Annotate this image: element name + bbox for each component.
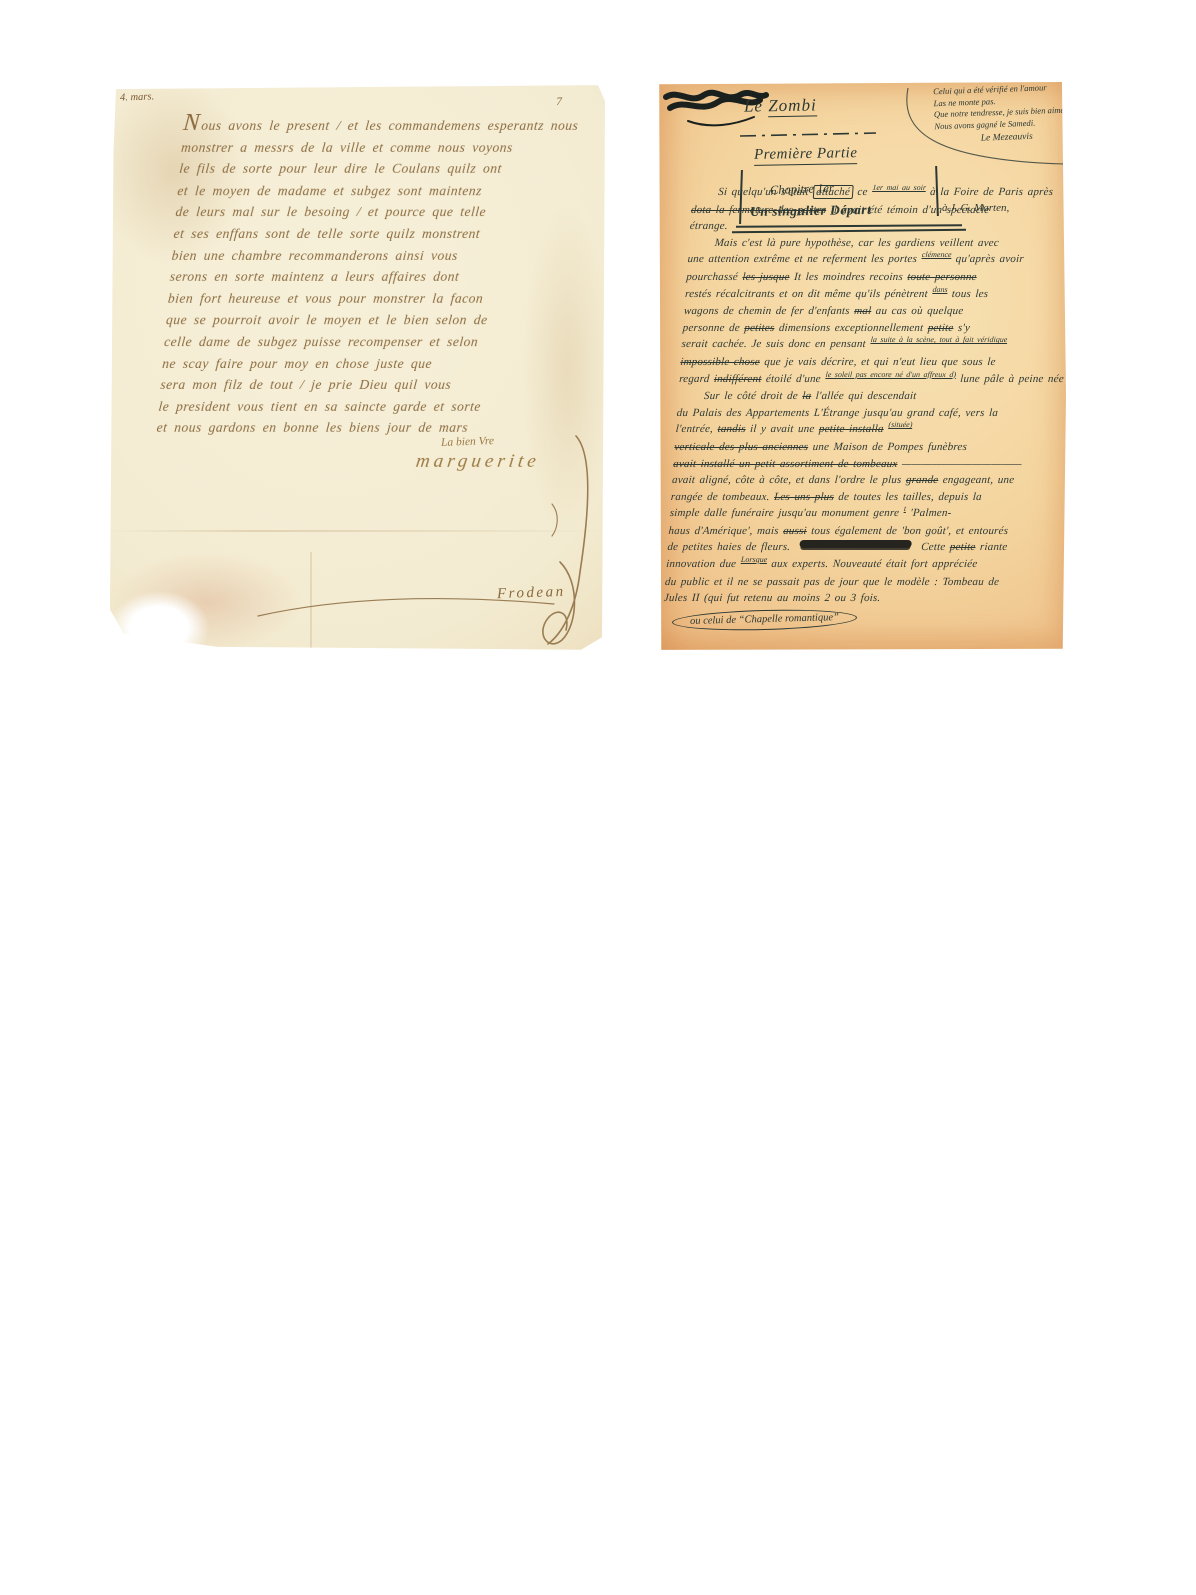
title-main-underlined: Zombi (768, 95, 817, 117)
manuscript-line: haus d'Amérique', mais aussi tous égalem… (668, 523, 1045, 540)
manuscript-line: et ses enffans sont de telle sorte quilz… (173, 223, 605, 245)
manuscript-line: serait cachée. Je suis donc en pensant l… (681, 336, 1058, 354)
manuscript-line: celle dame de subgez puisse recompenser … (163, 331, 595, 353)
manuscript-paragraph: Si quelqu'un s'était attaché ce 1er mai … (689, 184, 1069, 235)
manuscript-line: étrange. (689, 218, 1066, 235)
title-prefix: Le (744, 96, 769, 115)
manuscript-line: simple dalle funéraire jusqu'au monument… (669, 505, 1046, 523)
manuscript-line: verticale des plus anciennes une Maison … (674, 439, 1051, 456)
manuscript-line: Si quelqu'un s'était attaché ce 1er mai … (692, 184, 1069, 202)
circled-marginal-note: ou celui de “Chapelle romantique” (672, 608, 857, 633)
manuscript-line: du Palais des Appartements L'Étrange jus… (676, 405, 1053, 422)
manuscript-paragraph: Sur le côté droit de la l'allée qui desc… (663, 388, 1054, 607)
manuscript-line: impossible chose que je vais décrire, et… (680, 354, 1057, 371)
paper-crease (108, 530, 606, 532)
manuscript-line: Sur le côté droit de la l'allée qui desc… (677, 388, 1054, 405)
manuscript-line: que se pourroit avoir le moyen et le bie… (165, 309, 597, 331)
manuscript-line: une attention extrême et ne referment le… (687, 251, 1064, 269)
right-body-text: Si quelqu'un s'était attaché ce 1er mai … (663, 184, 1069, 607)
manuscript-line: wagons de chemin de fer d'enfants mal au… (683, 303, 1060, 320)
manuscript-line: serons en sorte maintenz a leurs affaire… (169, 266, 601, 288)
countersignature-secretary: Frodean (497, 584, 566, 603)
page-number: 7 (556, 96, 562, 108)
manuscript-line: du public et il ne se passait pas de jou… (664, 574, 1041, 591)
corner-note-signature: Le Mezeauvis (981, 131, 1065, 146)
dash-separator (738, 130, 878, 140)
corner-note: Celui qui a été vérifié en l'amourLas ne… (933, 82, 1065, 147)
signature-marguerite: marguerite (415, 451, 542, 473)
manuscript-line: bien une chambre recommanderons ainsi vo… (171, 245, 603, 267)
date-annotation: 4. mars. (120, 91, 155, 103)
closing-formula: La bien Vre (441, 435, 494, 449)
paper-corner-damage (94, 580, 224, 676)
manuscript-line: innovation due Lorsque aux experts. Nouv… (666, 556, 1043, 574)
manuscript-line: rangée de tombeaux. Les uns plus de tout… (670, 489, 1047, 506)
manuscript-line: dota la fermeture des portes il avait ét… (690, 202, 1067, 219)
manuscript-line: restés récalcitrants et on dit même qu'i… (684, 286, 1061, 304)
manuscript-line: le fils de sorte pour leur dire le Coula… (178, 158, 610, 180)
manuscript-line: Nous avons le present / et les commandem… (182, 112, 614, 137)
manuscript-line: personne de petites dimensions exception… (682, 320, 1059, 337)
manuscript-line: monstrer a messrs de la ville et comme n… (180, 137, 612, 159)
left-manuscript-page: 4. mars. 7 Nous avons le present / et le… (108, 84, 606, 652)
manuscript-line: avait aligné, côte à côte, et dans l'ord… (671, 472, 1048, 489)
manuscript-line: de petites haies de fleurs. Cette petite… (667, 539, 1044, 556)
part-heading: Première Partie (754, 145, 858, 164)
scan-canvas: 4. mars. 7 Nous avons le present / et le… (0, 0, 1196, 1595)
manuscript-line: ne scay faire pour moy en chose juste qu… (161, 353, 593, 375)
manuscript-line: et nous gardons en bonne les biens jour … (156, 417, 588, 439)
corner-note-lines: Celui qui a été vérifié en l'amourLas ne… (933, 82, 1065, 133)
left-body-text: Nous avons le present / et les commandem… (156, 112, 615, 439)
manuscript-line: l'entrée, tandis il y avait une petite i… (675, 421, 1052, 439)
right-manuscript-page: Le Zombi Première Partie Chapitre 1er Un… (658, 82, 1066, 651)
manuscript-line: le president vous tient en sa saincte ga… (158, 396, 590, 418)
manuscript-line: Mais c'est là pure hypothèse, car les ga… (688, 235, 1065, 252)
manuscript-line: avait installé un petit assortiment de t… (673, 456, 1050, 473)
manuscript-line: sera mon filz de tout / je prie Dieu qui… (159, 374, 591, 396)
manuscript-line: de leurs mal sur le besoing / et pource … (175, 201, 607, 223)
manuscript-line: et le moyen de madame et subgez sont mai… (176, 180, 608, 202)
manuscript-line: pourchassé les jusque It les moindres re… (686, 269, 1063, 286)
manuscript-line: regard indifférent étoilé d'une le solei… (679, 371, 1056, 389)
paper-crease (310, 552, 312, 650)
manuscript-title: Le Zombi (744, 95, 817, 116)
scratched-out-blob (800, 540, 913, 548)
manuscript-line: bien fort heureuse et vous pour monstrer… (167, 288, 599, 310)
manuscript-line: Jules II (qui fut retenu au moins 2 ou 3… (663, 590, 1040, 607)
manuscript-paragraph: Mais c'est là pure hypothèse, car les ga… (679, 235, 1066, 388)
